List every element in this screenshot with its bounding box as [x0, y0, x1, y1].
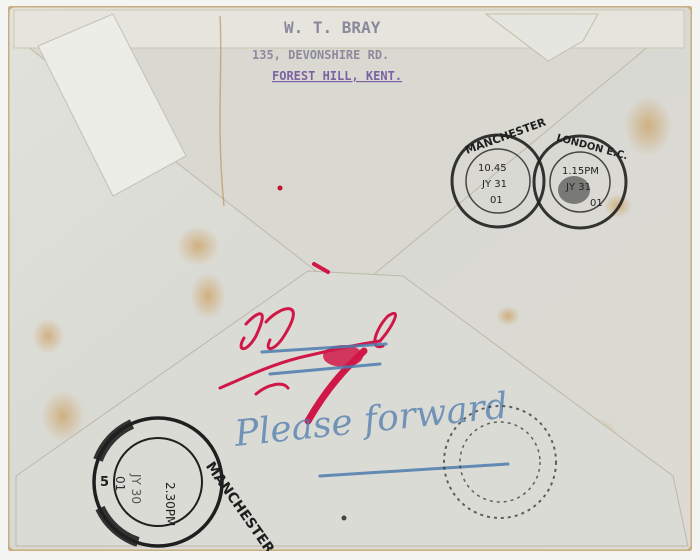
postmark-code: 5: [100, 475, 109, 490]
postmark-time: 2.30PM: [163, 482, 177, 526]
envelope-back: W. T. BRAY 135, DEVONSHIRE RD. FOREST HI…: [8, 6, 692, 551]
postmark-date: JY 31: [481, 179, 507, 190]
postmark-year: 01: [590, 198, 603, 209]
postmark-time: 10.45: [478, 163, 507, 174]
postmark-year: 01: [490, 195, 503, 206]
sender-town: FOREST HILL, KENT.: [272, 69, 402, 83]
sender-name: W. T. BRAY: [284, 18, 381, 37]
puncture-mark: [342, 516, 347, 521]
sender-street: 135, DEVONSHIRE RD.: [252, 48, 389, 62]
postmark-year: 01: [113, 476, 127, 491]
postmark-date: JY 30: [129, 473, 143, 504]
postmark-time: 1.15PM: [562, 166, 599, 177]
envelope-photo: W. T. BRAY 135, DEVONSHIRE RD. FOREST HI…: [0, 0, 700, 560]
